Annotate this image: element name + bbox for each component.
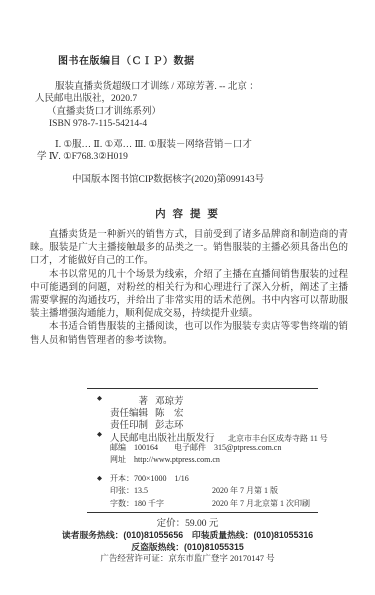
- word-count: 字数：180 千字: [110, 498, 212, 509]
- diamond-bullet-icon: ◆: [97, 476, 110, 483]
- print-row-sheets: 印张：13.5 2020 年 7 月第 1 版: [0, 485, 375, 497]
- credit-row-editor: 责任编辑 陈 宏: [0, 405, 375, 417]
- summary-heading: 内 容 提 要: [0, 206, 375, 221]
- contact-row: 网址 http://www.ptpress.com.cn: [0, 454, 375, 466]
- impression-date: 2020 年 7 月北京第 1 次印刷: [212, 498, 310, 509]
- print-row-format: ◆ 开本：700×1000 1/16: [0, 473, 375, 485]
- sheets-spec: 印张：13.5: [110, 485, 212, 496]
- cip-classification: Ⅰ. ①服… Ⅱ. ①邓… Ⅲ. ①服装－网络营销－口才 学 Ⅳ. ①F768.…: [0, 139, 375, 164]
- website-line: 网址 http://www.ptpress.com.cn: [110, 454, 220, 465]
- classification-line: Ⅰ. ①服… Ⅱ. ①邓… Ⅲ. ①服装－网络营销－口才: [0, 139, 375, 151]
- book-copyright-page: 图书在版编目（ＣＩＰ）数据 服装直播卖货超级口才训练 / 邓琼芳著. -- 北京…: [0, 0, 375, 595]
- print-row-words: 字数：180 千字 2020 年 7 月北京第 1 次印刷: [0, 498, 375, 510]
- cip-registry-number: 中国版本图书馆CIP数据核字(2020)第099143号: [72, 171, 264, 185]
- contact-row: 邮编 100164 电子邮件 315@ptpress.com.cn: [0, 442, 375, 454]
- isbn-line: ISBN 978-7-115-54214-4: [0, 118, 375, 130]
- cip-title: 图书在版编目（ＣＩＰ）数据: [58, 52, 195, 67]
- classification-line: 学 Ⅳ. ①F768.3②H019: [0, 151, 375, 163]
- cip-record-line: （直播卖货口才训练系列）: [0, 106, 375, 118]
- credit-row-printer: 责任印制 彭志环: [0, 417, 375, 429]
- cip-record-line: 服装直播卖货超级口才训练 / 邓琼芳著. -- 北京 ：: [0, 81, 375, 93]
- divider-top: [87, 388, 318, 389]
- diamond-bullet-icon: ◆: [97, 432, 110, 439]
- cip-record-line: 人民邮电出版社，2020.7: [0, 93, 375, 105]
- diamond-bullet-icon: ◆: [97, 396, 110, 403]
- ad-license-line: 广告经营许可证：京东市监广登字 20170147 号: [0, 552, 375, 564]
- edition-date: 2020 年 7 月第 1 版: [212, 485, 278, 496]
- format-spec: 开本：700×1000 1/16: [110, 473, 212, 484]
- summary-paragraph: 本书以常见的几十个场景为线索，介绍了主播在直播间销售服装的过程中可能遇到的问题，…: [30, 269, 348, 322]
- price-line: 定价：59.00 元: [0, 515, 375, 529]
- divider-bottom: [87, 512, 318, 513]
- credit-row-author: ◆ 著 邓琼芳: [0, 393, 375, 405]
- summary-paragraph: 直播卖货是一种新兴的销售方式，目前受到了诸多品牌商和制造商的青睐。服装是广大主播…: [30, 229, 348, 269]
- spacer: [0, 466, 375, 473]
- publisher-row: ◆ 人民邮电出版社出版发行 北京市丰台区成寿寺路 11 号: [0, 430, 375, 442]
- colophon: ◆ 著 邓琼芳 责任编辑 陈 宏 责任印制 彭志环 ◆ 人民邮电出版社出版发行 …: [0, 393, 375, 510]
- postcode-email-line: 邮编 100164 电子邮件 315@ptpress.com.cn: [110, 442, 281, 453]
- summary-paragraphs: 直播卖货是一种新兴的销售方式，目前受到了诸多品牌商和制造商的青睐。服装是广大主播…: [30, 229, 348, 348]
- summary-paragraph: 本书适合销售服装的主播阅读，也可以作为服装专卖店等零售终端的销售人员和销售管理者…: [30, 321, 348, 347]
- cip-record: 服装直播卖货超级口才训练 / 邓琼芳著. -- 北京 ： 人民邮电出版社，202…: [0, 81, 375, 130]
